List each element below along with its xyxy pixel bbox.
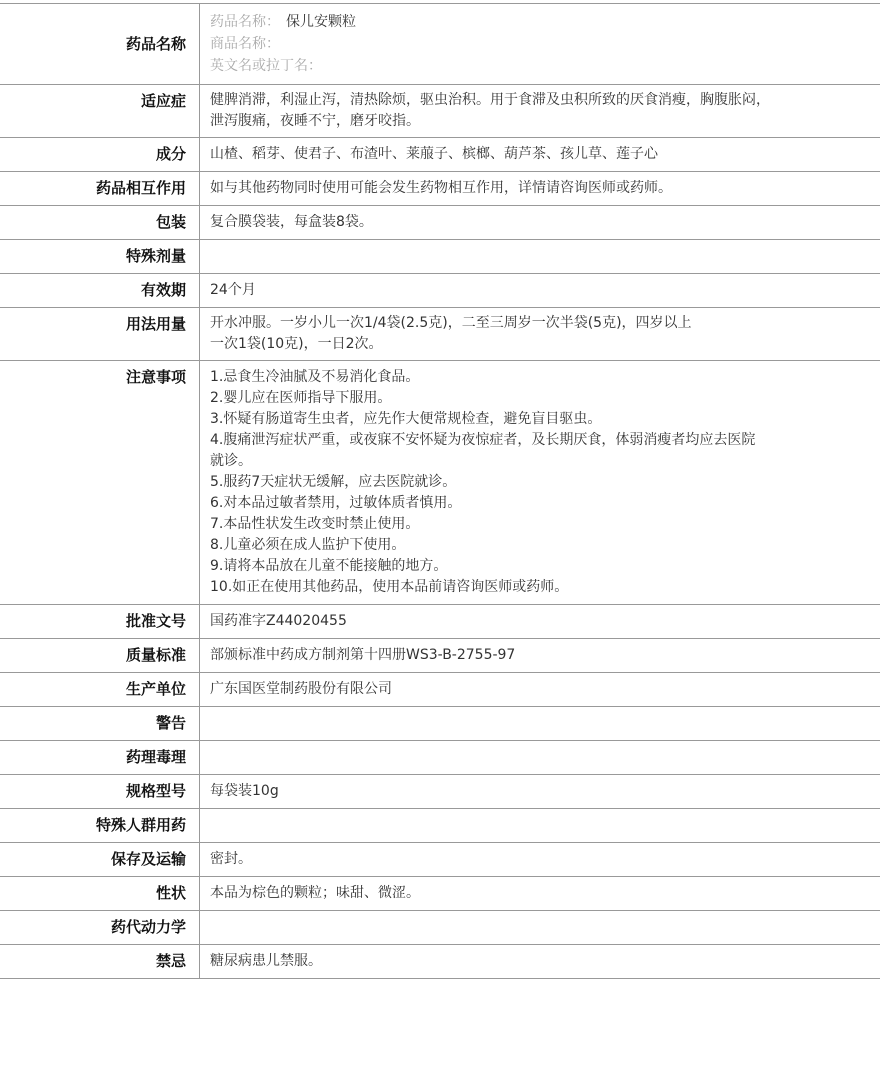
name-field-value: 保儿安颗粒 <box>286 14 356 30</box>
content-line: 10.如正在使用其他药品，使用本品前请咨询医师或药师。 <box>210 577 868 598</box>
content-line: 一次1袋(10克)，一日2次。 <box>210 334 868 355</box>
row-content: 本品为棕色的颗粒；味甜、微涩。 <box>200 877 880 910</box>
name-field-label: 药品名称： <box>210 14 280 30</box>
row-content: 部颁标准中药成方制剂第十四册WS3-B-2755-97 <box>200 639 880 672</box>
row-content: 复合膜袋装，每盒装8袋。 <box>200 206 880 239</box>
row-content: 密封。 <box>200 843 880 876</box>
table-row-usage-dosage: 用法用量 开水冲服。一岁小儿一次1/4袋(2.5克)，二至三周岁一次半袋(5克)… <box>0 308 880 361</box>
name-field-label: 英文名或拉丁名： <box>210 58 322 74</box>
row-label: 禁忌 <box>0 945 200 978</box>
row-content: 1.忌食生冷油腻及不易消化食品。2.婴儿应在医师指导下服用。3.怀疑有肠道寄生虫… <box>200 361 880 604</box>
table-row-pharmacokinetics: 药代动力学 <box>0 911 880 945</box>
content-line: 泄泻腹痛，夜睡不宁，磨牙咬指。 <box>210 111 868 132</box>
row-label: 有效期 <box>0 274 200 307</box>
row-content: 国药准字Z44020455 <box>200 605 880 638</box>
content-line: 6.对本品过敏者禁用，过敏体质者慎用。 <box>210 493 868 514</box>
content-line: 7.本品性状发生改变时禁止使用。 <box>210 514 868 535</box>
content-line: 8.儿童必须在成人监护下使用。 <box>210 535 868 556</box>
row-label: 特殊剂量 <box>0 240 200 273</box>
row-label: 性状 <box>0 877 200 910</box>
content-line: 2.婴儿应在医师指导下服用。 <box>210 388 868 409</box>
table-row-ingredients: 成分 山楂、稻芽、使君子、布渣叶、莱菔子、槟榔、葫芦茶、孩儿草、莲子心 <box>0 138 880 172</box>
row-label: 保存及运输 <box>0 843 200 876</box>
row-content <box>200 809 880 842</box>
row-content <box>200 741 880 774</box>
table-row-drug-name: 药品名称 药品名称：保儿安颗粒 商品名称： 英文名或拉丁名： <box>0 4 880 85</box>
row-content <box>200 240 880 273</box>
table-row-precautions: 注意事项 1.忌食生冷油腻及不易消化食品。2.婴儿应在医师指导下服用。3.怀疑有… <box>0 361 880 605</box>
row-content <box>200 911 880 944</box>
table-row-packaging: 包装 复合膜袋装，每盒装8袋。 <box>0 206 880 240</box>
table-row-manufacturer: 生产单位 广东国医堂制药股份有限公司 <box>0 673 880 707</box>
content-line: 4.腹痛泄泻症状严重，或夜寐不安怀疑为夜惊症者，及长期厌食，体弱消瘦者均应去医院 <box>210 430 868 451</box>
table-row-indications: 适应症 健脾消滞，利湿止泻，清热除烦，驱虫治积。用于食滞及虫积所致的厌食消瘦，胸… <box>0 85 880 138</box>
row-content: 24个月 <box>200 274 880 307</box>
table-row-drug-interactions: 药品相互作用 如与其他药物同时使用可能会发生药物相互作用，详情请咨询医师或药师。 <box>0 172 880 206</box>
row-content <box>200 707 880 740</box>
table-row-shelf-life: 有效期 24个月 <box>0 274 880 308</box>
row-label: 成分 <box>0 138 200 171</box>
row-content: 山楂、稻芽、使君子、布渣叶、莱菔子、槟榔、葫芦茶、孩儿草、莲子心 <box>200 138 880 171</box>
row-label: 包装 <box>0 206 200 239</box>
table-row-description: 性状 本品为棕色的颗粒；味甜、微涩。 <box>0 877 880 911</box>
content-line: 健脾消滞，利湿止泻，清热除烦，驱虫治积。用于食滞及虫积所致的厌食消瘦，胸腹胀闷， <box>210 90 868 111</box>
row-label: 药品相互作用 <box>0 172 200 205</box>
table-row-contraindications: 禁忌 糖尿病患儿禁服。 <box>0 945 880 979</box>
row-content: 药品名称：保儿安颗粒 商品名称： 英文名或拉丁名： <box>200 4 880 84</box>
drug-info-table: 药品名称 药品名称：保儿安颗粒 商品名称： 英文名或拉丁名： 适应症 健脾消滞，… <box>0 3 880 979</box>
row-label: 规格型号 <box>0 775 200 808</box>
content-line: 5.服药7天症状无缓解，应去医院就诊。 <box>210 472 868 493</box>
row-content: 开水冲服。一岁小儿一次1/4袋(2.5克)，二至三周岁一次半袋(5克)，四岁以上… <box>200 308 880 360</box>
row-label: 警告 <box>0 707 200 740</box>
table-row-special-dosage: 特殊剂量 <box>0 240 880 274</box>
row-content: 健脾消滞，利湿止泻，清热除烦，驱虫治积。用于食滞及虫积所致的厌食消瘦，胸腹胀闷，… <box>200 85 880 137</box>
row-label: 药代动力学 <box>0 911 200 944</box>
content-line: 就诊。 <box>210 451 868 472</box>
name-field: 药品名称：保儿安颗粒 <box>210 11 868 33</box>
row-label: 特殊人群用药 <box>0 809 200 842</box>
table-row-warning: 警告 <box>0 707 880 741</box>
table-row-special-populations: 特殊人群用药 <box>0 809 880 843</box>
name-field-label: 商品名称： <box>210 36 280 52</box>
name-field: 商品名称： <box>210 33 868 55</box>
row-label: 注意事项 <box>0 361 200 604</box>
table-row-pharmacology-toxicology: 药理毒理 <box>0 741 880 775</box>
drug-info-page: 药品名称 药品名称：保儿安颗粒 商品名称： 英文名或拉丁名： 适应症 健脾消滞，… <box>0 0 880 1070</box>
row-content: 糖尿病患儿禁服。 <box>200 945 880 978</box>
content-line: 9.请将本品放在儿童不能接触的地方。 <box>210 556 868 577</box>
table-row-storage-transport: 保存及运输 密封。 <box>0 843 880 877</box>
row-content: 广东国医堂制药股份有限公司 <box>200 673 880 706</box>
table-row-quality-standard: 质量标准 部颁标准中药成方制剂第十四册WS3-B-2755-97 <box>0 639 880 673</box>
row-label: 批准文号 <box>0 605 200 638</box>
row-label: 药品名称 <box>0 4 200 84</box>
row-label: 药理毒理 <box>0 741 200 774</box>
table-row-approval-number: 批准文号 国药准字Z44020455 <box>0 605 880 639</box>
row-label: 质量标准 <box>0 639 200 672</box>
content-line: 开水冲服。一岁小儿一次1/4袋(2.5克)，二至三周岁一次半袋(5克)，四岁以上 <box>210 313 868 334</box>
row-label: 适应症 <box>0 85 200 137</box>
content-line: 1.忌食生冷油腻及不易消化食品。 <box>210 367 868 388</box>
content-line: 3.怀疑有肠道寄生虫者，应先作大便常规检查，避免盲目驱虫。 <box>210 409 868 430</box>
row-content: 如与其他药物同时使用可能会发生药物相互作用，详情请咨询医师或药师。 <box>200 172 880 205</box>
name-field: 英文名或拉丁名： <box>210 55 868 77</box>
row-label: 生产单位 <box>0 673 200 706</box>
table-row-specification: 规格型号 每袋装10g <box>0 775 880 809</box>
row-content: 每袋装10g <box>200 775 880 808</box>
row-label: 用法用量 <box>0 308 200 360</box>
